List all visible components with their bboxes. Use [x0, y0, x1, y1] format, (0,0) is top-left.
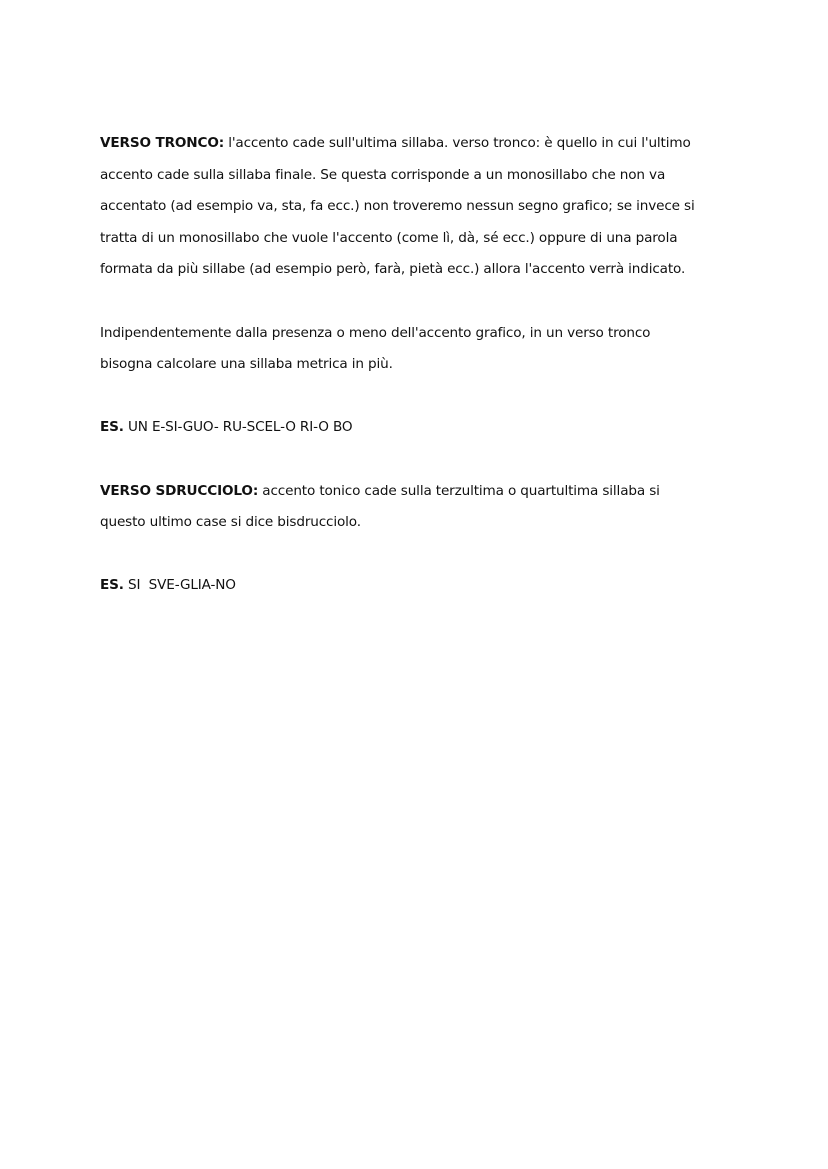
verso-tronco-line-2: accento cade sulla sillaba finale. Se qu…	[100, 160, 740, 192]
independent-line-1: Indipendentemente dalla presenza o meno …	[100, 318, 740, 350]
document-page: VERSO TRONCO: l'accento cade sull'ultima…	[100, 128, 740, 602]
paragraph-spacer	[100, 286, 740, 318]
verso-tronco-heading: VERSO TRONCO:	[100, 135, 224, 151]
example-text: SI SVE-GLIA-NO	[124, 577, 236, 593]
paragraph-spacer	[100, 539, 740, 571]
independent-line-2: bisogna calcolare una sillaba metrica in…	[100, 349, 740, 381]
paragraph-spacer	[100, 444, 740, 476]
verso-sdrucciolo-line-1: VERSO SDRUCCIOLO: accento tonico cade su…	[100, 476, 740, 508]
verso-tronco-line-3: accentato (ad esempio va, sta, fa ecc.) …	[100, 191, 740, 223]
example-label: ES.	[100, 419, 124, 435]
verso-tronco-line-1: VERSO TRONCO: l'accento cade sull'ultima…	[100, 128, 740, 160]
verso-sdrucciolo-text: accento tonico cade sulla terzultima o q…	[258, 483, 660, 499]
verso-tronco-line-5: formata da più sillabe (ad esempio però,…	[100, 254, 740, 286]
example-label: ES.	[100, 577, 124, 593]
verso-sdrucciolo-heading: VERSO SDRUCCIOLO:	[100, 483, 258, 499]
paragraph-spacer	[100, 381, 740, 413]
example-tronco: ES. UN E-SI-GUO- RU-SCEL-O RI-O BO	[100, 412, 740, 444]
verso-sdrucciolo-line-2: questo ultimo case si dice bisdrucciolo.	[100, 507, 740, 539]
example-sdrucciolo: ES. SI SVE-GLIA-NO	[100, 570, 740, 602]
example-text: UN E-SI-GUO- RU-SCEL-O RI-O BO	[124, 419, 353, 435]
verso-tronco-line-4: tratta di un monosillabo che vuole l'acc…	[100, 223, 740, 255]
verso-tronco-text: l'accento cade sull'ultima sillaba. vers…	[224, 135, 691, 151]
